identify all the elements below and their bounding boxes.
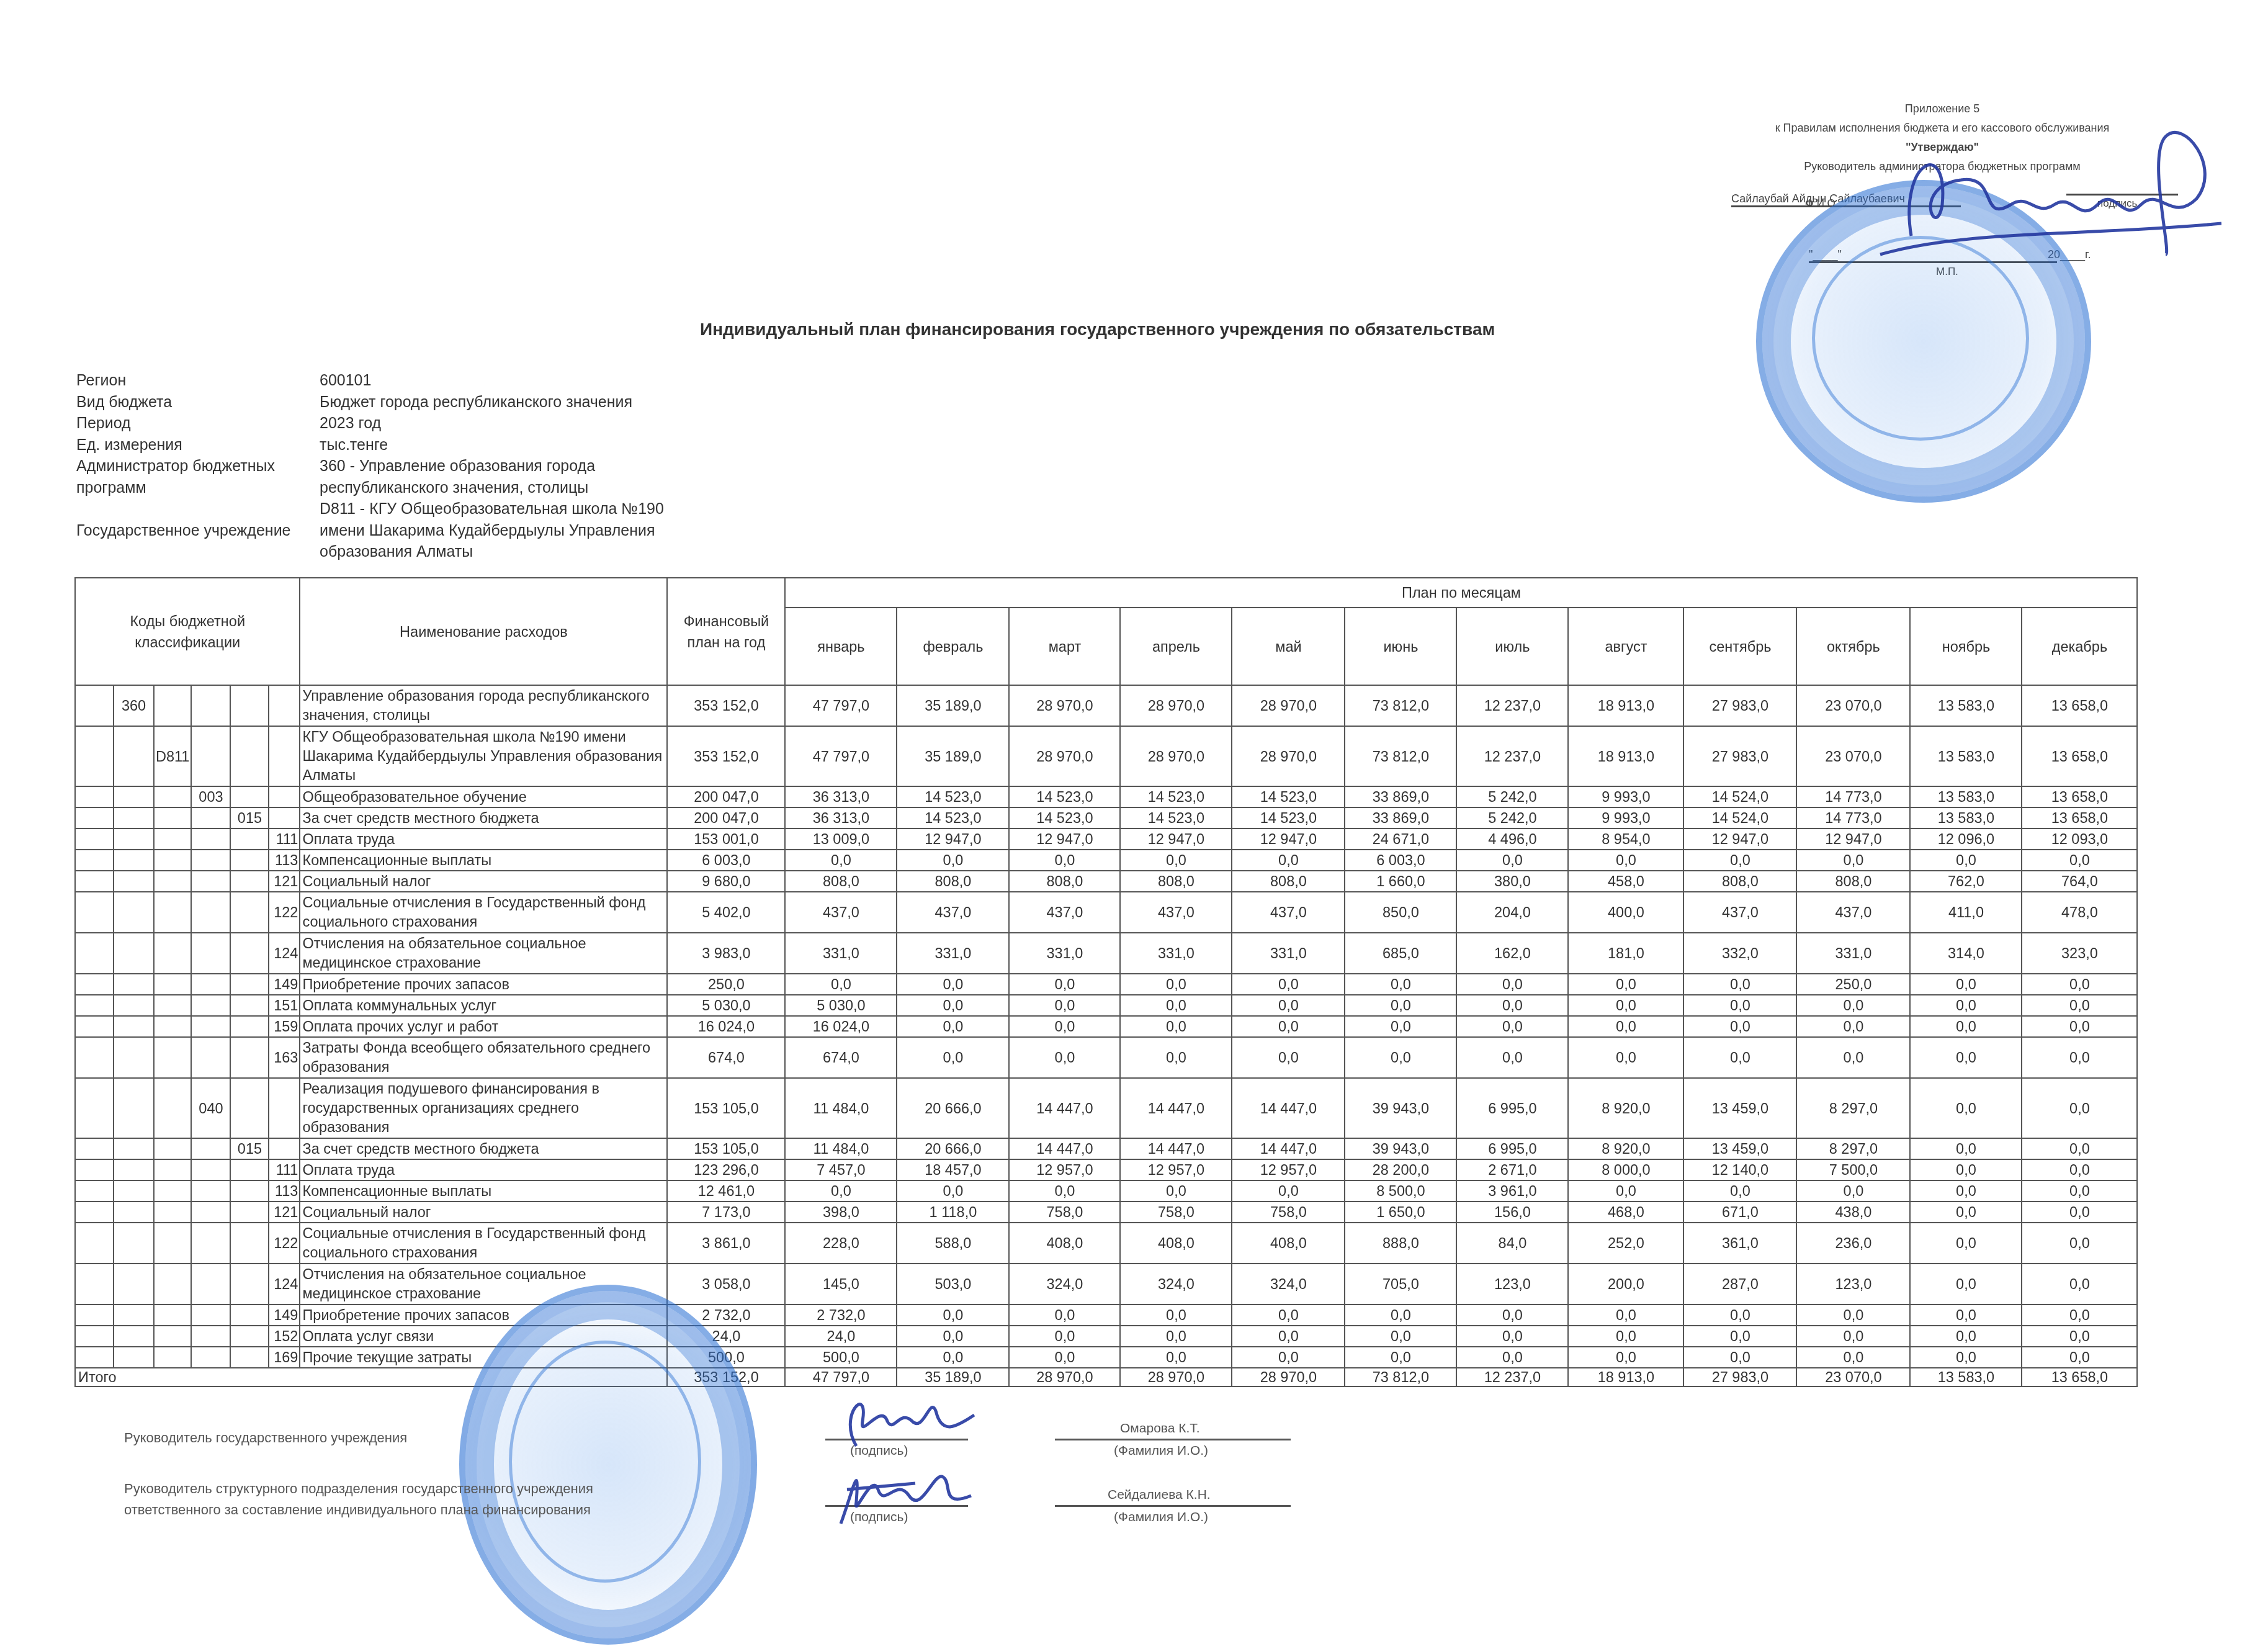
- table-body: 360Управление образования города республ…: [75, 685, 2137, 1386]
- empty-code-cell: [191, 892, 230, 933]
- empty-code-cell: [154, 1326, 191, 1347]
- empty-code-cell: [114, 1078, 154, 1138]
- month-value: 35 189,0: [897, 726, 1009, 786]
- month-value: 6 995,0: [1456, 1138, 1568, 1159]
- month-value: 500,0: [785, 1347, 897, 1368]
- month-value: 1 660,0: [1345, 871, 1456, 892]
- month-value: 0,0: [897, 974, 1009, 995]
- month-value: 12 947,0: [897, 829, 1009, 850]
- month-value: 200,0: [1568, 1264, 1683, 1305]
- month-value: 808,0: [1796, 871, 1910, 892]
- expense-name: Социальный налог: [300, 1202, 667, 1223]
- month-value: 14 773,0: [1796, 786, 1910, 807]
- month-value: 764,0: [2022, 871, 2137, 892]
- expense-name: За счет средств местного бюджета: [300, 807, 667, 829]
- annual-plan: 3 861,0: [667, 1223, 785, 1264]
- sub-name: Сейдалиева К.Н.: [1108, 1488, 1211, 1503]
- month-value: 0,0: [1009, 850, 1120, 871]
- month-value: 0,0: [1120, 1016, 1232, 1037]
- empty-code-cell: [230, 726, 269, 786]
- month-value: 758,0: [1232, 1202, 1345, 1223]
- empty-code-cell: [114, 995, 154, 1016]
- empty-code-cell: [75, 1326, 114, 1347]
- month-value: 0,0: [1568, 1180, 1683, 1202]
- month-value: 0,0: [2022, 1264, 2137, 1305]
- month-value: 14 523,0: [1232, 807, 1345, 829]
- meta-budget-type: Вид бюджетаБюджет города республиканског…: [76, 392, 692, 413]
- header-month: апрель: [1120, 608, 1232, 685]
- month-value: 28 970,0: [1120, 685, 1232, 726]
- month-value: 28 970,0: [1232, 685, 1345, 726]
- month-value: 123,0: [1456, 1264, 1568, 1305]
- total-month-value: 27 983,0: [1683, 1368, 1796, 1386]
- month-value: 588,0: [897, 1223, 1009, 1264]
- empty-code-cell: [114, 1159, 154, 1180]
- total-row: Итого353 152,047 797,035 189,028 970,028…: [75, 1368, 2137, 1386]
- month-value: 14 523,0: [1120, 786, 1232, 807]
- month-value: 0,0: [1910, 1138, 2022, 1159]
- empty-code-cell: [191, 933, 230, 974]
- expense-name: Оплата прочих услуг и работ: [300, 1016, 667, 1037]
- month-value: 27 983,0: [1683, 685, 1796, 726]
- empty-code-cell: [154, 786, 191, 807]
- month-value: 123,0: [1796, 1264, 1910, 1305]
- month-value: 0,0: [897, 1016, 1009, 1037]
- month-value: 0,0: [2022, 1159, 2137, 1180]
- sub-signature-icon: [828, 1452, 990, 1527]
- annual-plan: 353 152,0: [667, 726, 785, 786]
- month-value: 0,0: [1796, 995, 1910, 1016]
- empty-code-cell: [154, 685, 191, 726]
- sub-name-line: [1055, 1505, 1291, 1507]
- month-value: 0,0: [1456, 850, 1568, 871]
- month-value: 8 920,0: [1568, 1078, 1683, 1138]
- budget-code: 113: [269, 850, 300, 871]
- month-value: 9 993,0: [1568, 807, 1683, 829]
- month-value: 0,0: [1345, 974, 1456, 995]
- header-month: июнь: [1345, 608, 1456, 685]
- month-value: 73 812,0: [1345, 726, 1456, 786]
- empty-code-cell: [191, 807, 230, 829]
- month-value: 0,0: [1796, 850, 1910, 871]
- month-value: 14 447,0: [1120, 1138, 1232, 1159]
- empty-code-cell: [191, 1016, 230, 1037]
- budget-code: 111: [269, 1159, 300, 1180]
- empty-code-cell: [75, 807, 114, 829]
- month-value: 84,0: [1456, 1223, 1568, 1264]
- month-value: 0,0: [1232, 995, 1345, 1016]
- header-month: сентябрь: [1683, 608, 1796, 685]
- month-value: 762,0: [1910, 871, 2022, 892]
- annual-plan: 153 001,0: [667, 829, 785, 850]
- month-value: 331,0: [1232, 933, 1345, 974]
- month-value: 0,0: [1910, 1016, 2022, 1037]
- budget-code: 015: [230, 1138, 269, 1159]
- month-value: 14 447,0: [1009, 1138, 1120, 1159]
- month-value: 361,0: [1683, 1223, 1796, 1264]
- empty-code-cell: [75, 850, 114, 871]
- month-value: 3 961,0: [1456, 1180, 1568, 1202]
- empty-code-cell: [154, 829, 191, 850]
- month-value: 13 658,0: [2022, 807, 2137, 829]
- month-value: 28 200,0: [1345, 1159, 1456, 1180]
- annual-plan: 200 047,0: [667, 786, 785, 807]
- month-value: 808,0: [1232, 871, 1345, 892]
- month-value: 12 093,0: [2022, 829, 2137, 850]
- month-value: 0,0: [1120, 1305, 1232, 1326]
- month-value: 1 118,0: [897, 1202, 1009, 1223]
- table-row: D811КГУ Общеобразовательная школа №190 и…: [75, 726, 2137, 786]
- month-value: 204,0: [1456, 892, 1568, 933]
- month-value: 287,0: [1683, 1264, 1796, 1305]
- empty-code-cell: [230, 1347, 269, 1368]
- meta-unit: Ед. измерениятыс.тенге: [76, 434, 692, 456]
- table-row: 151Оплата коммунальных услуг5 030,05 030…: [75, 995, 2137, 1016]
- month-value: 0,0: [785, 1180, 897, 1202]
- month-value: 1 650,0: [1345, 1202, 1456, 1223]
- empty-code-cell: [269, 726, 300, 786]
- month-value: 5 030,0: [785, 995, 897, 1016]
- empty-code-cell: [114, 1305, 154, 1326]
- annual-plan: 250,0: [667, 974, 785, 995]
- empty-code-cell: [230, 786, 269, 807]
- month-value: 503,0: [897, 1264, 1009, 1305]
- approver-signature-icon: [1874, 112, 2221, 261]
- month-value: 7 457,0: [785, 1159, 897, 1180]
- empty-code-cell: [191, 1138, 230, 1159]
- month-value: 0,0: [1796, 1037, 1910, 1078]
- month-value: 14 523,0: [1009, 786, 1120, 807]
- month-value: 6 995,0: [1456, 1078, 1568, 1138]
- month-value: 12 947,0: [1120, 829, 1232, 850]
- month-value: 0,0: [1910, 1037, 2022, 1078]
- month-value: 13 583,0: [1910, 786, 2022, 807]
- budget-code: 121: [269, 871, 300, 892]
- month-value: 408,0: [1120, 1223, 1232, 1264]
- month-value: 400,0: [1568, 892, 1683, 933]
- month-value: 808,0: [1683, 871, 1796, 892]
- empty-code-cell: [230, 1264, 269, 1305]
- month-value: 14 523,0: [1232, 786, 1345, 807]
- empty-code-cell: [191, 1347, 230, 1368]
- month-value: 758,0: [1009, 1202, 1120, 1223]
- month-value: 0,0: [2022, 1326, 2137, 1347]
- expense-name: Компенсационные выплаты: [300, 850, 667, 871]
- month-value: 14 447,0: [1232, 1138, 1345, 1159]
- month-value: 437,0: [1120, 892, 1232, 933]
- month-value: 0,0: [1232, 1305, 1345, 1326]
- month-value: 0,0: [1910, 1347, 2022, 1368]
- month-value: 14 447,0: [1009, 1078, 1120, 1138]
- table-row: 122Социальные отчисления в Государственн…: [75, 1223, 2137, 1264]
- month-value: 13 459,0: [1683, 1138, 1796, 1159]
- empty-code-cell: [154, 1016, 191, 1037]
- month-value: 408,0: [1232, 1223, 1345, 1264]
- month-value: 0,0: [1568, 1326, 1683, 1347]
- empty-code-cell: [154, 807, 191, 829]
- month-value: 12 957,0: [1120, 1159, 1232, 1180]
- month-value: 0,0: [1910, 1180, 2022, 1202]
- month-value: 0,0: [1910, 1264, 2022, 1305]
- month-value: 4 496,0: [1456, 829, 1568, 850]
- empty-code-cell: [154, 1180, 191, 1202]
- empty-code-cell: [154, 892, 191, 933]
- empty-code-cell: [114, 1326, 154, 1347]
- month-value: 331,0: [1796, 933, 1910, 974]
- expense-name: Приобретение прочих запасов: [300, 974, 667, 995]
- total-month-value: 28 970,0: [1009, 1368, 1120, 1386]
- empty-code-cell: [154, 1264, 191, 1305]
- budget-code: 151: [269, 995, 300, 1016]
- month-value: 39 943,0: [1345, 1138, 1456, 1159]
- month-value: 5 242,0: [1456, 786, 1568, 807]
- expense-name: Компенсационные выплаты: [300, 1180, 667, 1202]
- table-row: 121Социальный налог7 173,0398,01 118,075…: [75, 1202, 2137, 1223]
- month-value: 14 523,0: [1120, 807, 1232, 829]
- month-value: 0,0: [1910, 1159, 2022, 1180]
- month-value: 0,0: [1009, 1180, 1120, 1202]
- table-row: 111Оплата труда153 001,013 009,012 947,0…: [75, 829, 2137, 850]
- empty-code-cell: [154, 1159, 191, 1180]
- month-value: 27 983,0: [1683, 726, 1796, 786]
- month-value: 0,0: [897, 1305, 1009, 1326]
- month-value: 0,0: [1683, 1305, 1796, 1326]
- empty-code-cell: [154, 1078, 191, 1138]
- empty-code-cell: [230, 974, 269, 995]
- table-row: 163Затраты Фонда всеобщего обязательного…: [75, 1037, 2137, 1078]
- month-value: 0,0: [1910, 850, 2022, 871]
- empty-code-cell: [114, 974, 154, 995]
- table-row: 113Компенсационные выплаты6 003,00,00,00…: [75, 850, 2137, 871]
- meta-region: Регион600101: [76, 370, 692, 392]
- month-value: 13 658,0: [2022, 726, 2137, 786]
- month-value: 12 947,0: [1683, 829, 1796, 850]
- month-value: 437,0: [1232, 892, 1345, 933]
- empty-code-cell: [230, 1326, 269, 1347]
- empty-code-cell: [230, 1180, 269, 1202]
- empty-code-cell: [230, 1305, 269, 1326]
- table-row: 113Компенсационные выплаты12 461,00,00,0…: [75, 1180, 2137, 1202]
- empty-code-cell: [230, 850, 269, 871]
- empty-code-cell: [75, 1305, 114, 1326]
- empty-code-cell: [230, 933, 269, 974]
- month-value: 8 297,0: [1796, 1138, 1910, 1159]
- month-value: 0,0: [1683, 995, 1796, 1016]
- month-value: 0,0: [1009, 1037, 1120, 1078]
- budget-code: 015: [230, 807, 269, 829]
- table-row: 015За счет средств местного бюджета200 0…: [75, 807, 2137, 829]
- empty-code-cell: [114, 871, 154, 892]
- month-value: 162,0: [1456, 933, 1568, 974]
- sub-name-label: (Фамилия И.О.): [1114, 1510, 1208, 1525]
- month-value: 11 484,0: [785, 1078, 897, 1138]
- empty-code-cell: [114, 786, 154, 807]
- month-value: 0,0: [2022, 1037, 2137, 1078]
- month-value: 0,0: [1120, 850, 1232, 871]
- empty-code-cell: [75, 829, 114, 850]
- month-value: 23 070,0: [1796, 726, 1910, 786]
- empty-code-cell: [114, 1138, 154, 1159]
- month-value: 14 447,0: [1232, 1078, 1345, 1138]
- month-value: 0,0: [1345, 1347, 1456, 1368]
- empty-code-cell: [191, 850, 230, 871]
- budget-code: 159: [269, 1016, 300, 1037]
- table-row: 111Оплата труда123 296,07 457,018 457,01…: [75, 1159, 2137, 1180]
- month-value: 35 189,0: [897, 685, 1009, 726]
- empty-code-cell: [154, 1347, 191, 1368]
- month-value: 438,0: [1796, 1202, 1910, 1223]
- month-value: 0,0: [1232, 1037, 1345, 1078]
- month-value: 8 954,0: [1568, 829, 1683, 850]
- month-value: 13 583,0: [1910, 685, 2022, 726]
- month-value: 437,0: [1796, 892, 1910, 933]
- table-row: 040Реализация подушевого финансирования …: [75, 1078, 2137, 1138]
- head-name-label: (Фамилия И.О.): [1114, 1444, 1208, 1458]
- sub-label-2: ответственного за составление индивидуал…: [124, 1499, 591, 1521]
- empty-code-cell: [114, 1223, 154, 1264]
- table-row: 124Отчисления на обязательное социальное…: [75, 933, 2137, 974]
- expense-name: Реализация подушевого финансирования в г…: [300, 1078, 667, 1138]
- month-value: 808,0: [1009, 871, 1120, 892]
- sub-label-1: Руководитель структурного подразделения …: [124, 1478, 593, 1499]
- header-month: август: [1568, 608, 1683, 685]
- meta-administrator: Администратор бюджетных программ360 - Уп…: [76, 456, 692, 498]
- empty-code-cell: [114, 726, 154, 786]
- month-value: 0,0: [1009, 1347, 1120, 1368]
- empty-code-cell: [154, 1037, 191, 1078]
- month-value: 437,0: [1009, 892, 1120, 933]
- month-value: 12 947,0: [1232, 829, 1345, 850]
- empty-code-cell: [75, 1078, 114, 1138]
- empty-code-cell: [230, 685, 269, 726]
- empty-code-cell: [191, 995, 230, 1016]
- month-value: 0,0: [1009, 974, 1120, 995]
- month-value: 0,0: [1456, 1037, 1568, 1078]
- month-value: 0,0: [2022, 1016, 2137, 1037]
- empty-code-cell: [191, 1202, 230, 1223]
- month-value: 11 484,0: [785, 1138, 897, 1159]
- empty-code-cell: [191, 1037, 230, 1078]
- empty-code-cell: [75, 974, 114, 995]
- month-value: 0,0: [1456, 1347, 1568, 1368]
- expense-name: КГУ Общеобразовательная школа №190 имени…: [300, 726, 667, 786]
- empty-code-cell: [191, 685, 230, 726]
- month-value: 0,0: [1345, 1016, 1456, 1037]
- empty-code-cell: [230, 892, 269, 933]
- empty-code-cell: [154, 974, 191, 995]
- month-value: 13 658,0: [2022, 786, 2137, 807]
- empty-code-cell: [191, 1326, 230, 1347]
- empty-code-cell: [114, 1347, 154, 1368]
- month-value: 0,0: [1120, 1037, 1232, 1078]
- table-row: 121Социальный налог9 680,0808,0808,0808,…: [75, 871, 2137, 892]
- empty-code-cell: [269, 1138, 300, 1159]
- month-value: 0,0: [1345, 1305, 1456, 1326]
- empty-code-cell: [75, 1037, 114, 1078]
- month-value: 314,0: [1910, 933, 2022, 974]
- month-value: 0,0: [2022, 1078, 2137, 1138]
- month-value: 380,0: [1456, 871, 1568, 892]
- month-value: 324,0: [1232, 1264, 1345, 1305]
- month-value: 0,0: [1120, 1180, 1232, 1202]
- month-value: 0,0: [897, 1347, 1009, 1368]
- empty-code-cell: [191, 726, 230, 786]
- month-value: 0,0: [1910, 1305, 2022, 1326]
- month-value: 14 523,0: [1009, 807, 1120, 829]
- empty-code-cell: [114, 1180, 154, 1202]
- month-value: 0,0: [1120, 1326, 1232, 1347]
- month-value: 181,0: [1568, 933, 1683, 974]
- document-meta: Регион600101 Вид бюджетаБюджет города ре…: [76, 370, 692, 563]
- empty-code-cell: [114, 1016, 154, 1037]
- month-value: 0,0: [1456, 1016, 1568, 1037]
- month-value: 0,0: [1456, 974, 1568, 995]
- empty-code-cell: [75, 933, 114, 974]
- month-value: 758,0: [1120, 1202, 1232, 1223]
- month-value: 13 009,0: [785, 829, 897, 850]
- month-value: 14 773,0: [1796, 807, 1910, 829]
- month-value: 0,0: [1345, 995, 1456, 1016]
- month-value: 13 583,0: [1910, 726, 2022, 786]
- month-value: 458,0: [1568, 871, 1683, 892]
- month-value: 478,0: [2022, 892, 2137, 933]
- month-value: 0,0: [1910, 1223, 2022, 1264]
- month-value: 28 970,0: [1009, 685, 1120, 726]
- budget-code: 040: [191, 1078, 230, 1138]
- empty-code-cell: [75, 1016, 114, 1037]
- header-month: февраль: [897, 608, 1009, 685]
- month-value: 8 920,0: [1568, 1138, 1683, 1159]
- month-value: 332,0: [1683, 933, 1796, 974]
- header-annual: Финансовый план на год: [667, 578, 785, 685]
- month-value: 331,0: [1009, 933, 1120, 974]
- month-value: 12 140,0: [1683, 1159, 1796, 1180]
- month-value: 13 583,0: [1910, 807, 2022, 829]
- month-value: 7 500,0: [1796, 1159, 1910, 1180]
- month-value: 14 523,0: [897, 786, 1009, 807]
- annual-plan: 123 296,0: [667, 1159, 785, 1180]
- month-value: 28 970,0: [1232, 726, 1345, 786]
- month-value: 20 666,0: [897, 1078, 1009, 1138]
- budget-code: 149: [269, 974, 300, 995]
- expense-name: Общеобразовательное обучение: [300, 786, 667, 807]
- empty-code-cell: [114, 1264, 154, 1305]
- month-value: 323,0: [2022, 933, 2137, 974]
- month-value: 0,0: [897, 1180, 1009, 1202]
- month-value: 331,0: [785, 933, 897, 974]
- month-value: 0,0: [1683, 1326, 1796, 1347]
- empty-code-cell: [191, 871, 230, 892]
- total-month-value: 23 070,0: [1796, 1368, 1910, 1386]
- month-value: 12 237,0: [1456, 726, 1568, 786]
- month-value: 324,0: [1009, 1264, 1120, 1305]
- empty-code-cell: [75, 1138, 114, 1159]
- expense-name: Оплата коммунальных услуг: [300, 995, 667, 1016]
- month-value: 0,0: [1456, 1305, 1568, 1326]
- table-row: 360Управление образования города республ…: [75, 685, 2137, 726]
- annual-plan: 5 030,0: [667, 995, 785, 1016]
- month-value: 671,0: [1683, 1202, 1796, 1223]
- header-month: январь: [785, 608, 897, 685]
- month-value: 437,0: [897, 892, 1009, 933]
- month-value: 8 500,0: [1345, 1180, 1456, 1202]
- empty-code-cell: [269, 1078, 300, 1138]
- month-value: 13 658,0: [2022, 685, 2137, 726]
- empty-code-cell: [75, 1202, 114, 1223]
- month-value: 0,0: [1456, 995, 1568, 1016]
- month-value: 0,0: [1345, 1037, 1456, 1078]
- month-value: 18 913,0: [1568, 726, 1683, 786]
